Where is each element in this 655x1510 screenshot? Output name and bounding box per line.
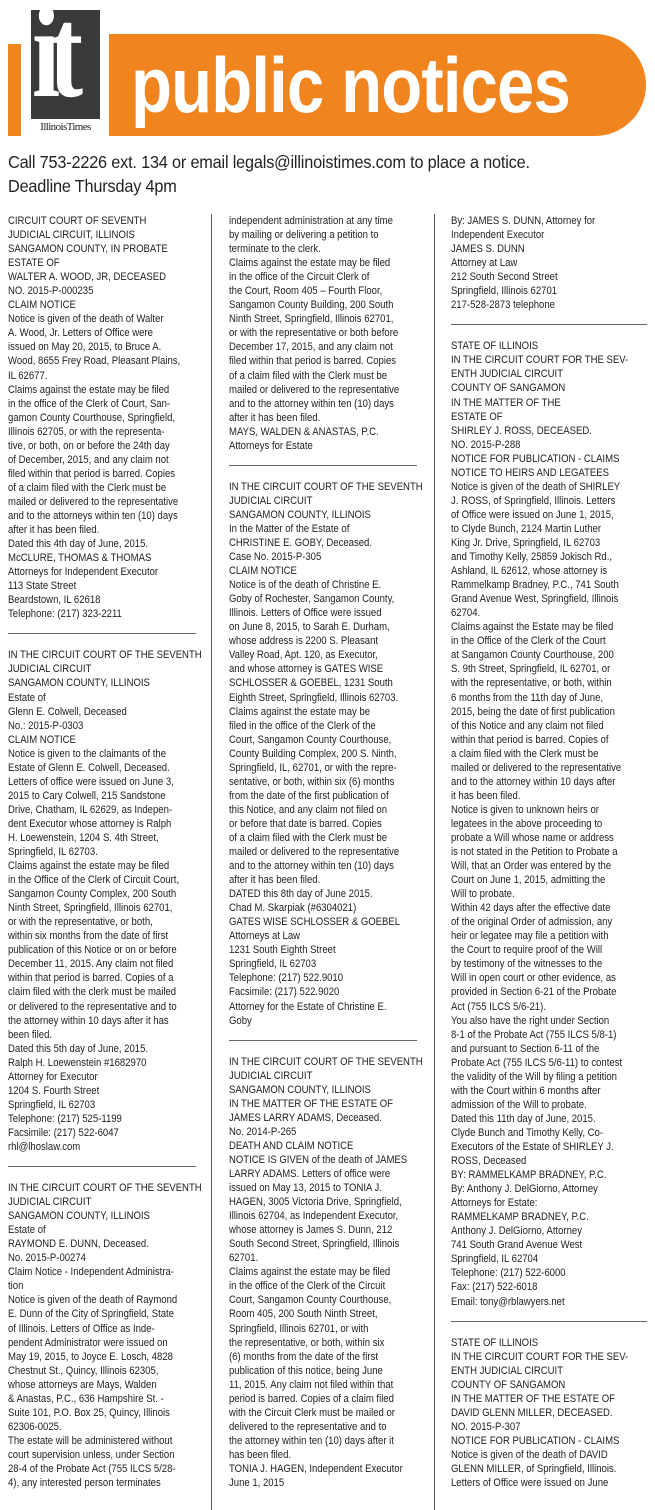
notice-line: 62704. — [451, 606, 632, 620]
notice-line: IN THE CIRCUIT COURT OF THE SEVENTH — [229, 480, 410, 494]
notice-line: S. 9th Street, Springfield, IL 62701, or — [451, 662, 632, 676]
notice-line: admission of the Will to probate. — [451, 1098, 632, 1112]
notice-line: ENTH JUDICIAL CIRCUIT — [451, 367, 632, 381]
notice-line: whose attorney is James S. Dunn, 212 — [229, 1223, 410, 1237]
notice-line: IN THE CIRCUIT COURT FOR THE SEV- — [451, 353, 632, 367]
notice-line: within that period is barred. Copies of — [451, 733, 632, 747]
notice-line: Springfield, Illinois 62701 — [451, 284, 632, 298]
notice-line: mailed or delivered to the representativ… — [8, 495, 189, 509]
legal-notice: IN THE CIRCUIT COURT OF THE SEVENTHJUDIC… — [8, 648, 218, 1154]
notice-line: publication of this notice, being June — [229, 1364, 410, 1378]
notice-line: the representative, or both, within six — [229, 1336, 410, 1350]
notice-line: Dated this 5th day of June, 2015. — [8, 1042, 189, 1056]
notice-line: IL 62677. — [8, 369, 189, 383]
notice-line: May 19, 2015, to Joyce E. Losch, 4828 — [8, 1350, 189, 1364]
notice-line: JAMES S. DUNN — [451, 242, 632, 256]
notice-line: BY: RAMMELKAMP BRADNEY, P.C. — [451, 1168, 632, 1182]
notice-line: Claims against the estate may be filed — [8, 383, 189, 397]
notice-line: County Building Complex, 200 S. Ninth, — [229, 747, 410, 761]
notice-line: Court on June 1, 2015, admitting the — [451, 873, 632, 887]
notice-line: Beardstown, IL 62618 — [8, 593, 189, 607]
notice-line: probate a Will whose name or address — [451, 831, 632, 845]
notice-line: Glenn E. Colwell, Deceased — [8, 705, 189, 719]
notice-line: the attorney within 10 days after it has — [8, 1014, 189, 1028]
notice-line: IN THE MATTER OF THE — [451, 396, 632, 410]
notice-line: DEATH AND CLAIM NOTICE — [229, 1139, 410, 1153]
legal-notice: IN THE CIRCUIT COURT OF THE SEVENTHJUDIC… — [8, 1181, 218, 1490]
page-title: public notices — [131, 40, 570, 130]
notice-line: Estate of — [8, 1223, 189, 1237]
notice-line: SANGAMON COUNTY, IN PROBATE — [8, 242, 189, 256]
notice-line: the Court, Room 405 – Fourth Floor, — [229, 284, 410, 298]
notice-line: Attorney for the Estate of Christine E. — [229, 1000, 410, 1014]
notice-line: the Court to require proof of the Will — [451, 943, 632, 957]
deadline-line: Deadline Thursday 4pm — [8, 174, 603, 198]
notice-line: and whose attorney is GATES WISE — [229, 662, 410, 676]
notice-line: or delivered to the representative and t… — [8, 1000, 189, 1014]
notice-line: Anthony J. DelGiorno, Attorney — [451, 1224, 632, 1238]
notice-line: Attorneys for Independent Executor — [8, 565, 189, 579]
notice-line: GLENN MILLER, of Springfield, Illinois. — [451, 1462, 632, 1476]
column-2: independent administration at any timeby… — [229, 214, 439, 1490]
title-pill: public notices — [109, 34, 646, 136]
notice-line: tion — [8, 1279, 189, 1293]
notice-line: this Notice, and any claim not filed on — [229, 803, 410, 817]
notice-line: NO. 2015-P-307 — [451, 1420, 632, 1434]
notice-line: Notice is given to unknown heirs or — [451, 803, 632, 817]
notice-line: IN THE MATTER OF THE ESTATE OF — [451, 1392, 632, 1406]
notice-line: Suite 101, P.O. Box 25, Quincy, Illinois — [8, 1406, 189, 1420]
notice-line: legatees in the above proceeding to — [451, 817, 632, 831]
notice-line: You also have the right under Section — [451, 1014, 632, 1028]
notice-line: and to the attorney within ten (10) days — [229, 859, 410, 873]
notice-line: with the representative, or both, within — [451, 676, 632, 690]
notice-line: JUDICIAL CIRCUIT — [229, 494, 410, 508]
notice-line: Springfield, IL 62703. — [8, 845, 189, 859]
notice-line: DATED this 8th day of June 2015. — [229, 887, 410, 901]
notice-line: and to the attorney within 10 days after — [451, 775, 632, 789]
legal-notice: CIRCUIT COURT OF SEVENTHJUDICIAL CIRCUIT… — [8, 214, 218, 621]
notice-line: RAMMELKAMP BRADNEY, P.C. — [451, 1210, 632, 1224]
notice-line: GATES WISE SCHLOSSER & GOEBEL — [229, 915, 410, 929]
notice-separator — [451, 1321, 647, 1322]
notice-line: Will, that an Order was entered by the — [451, 859, 632, 873]
notice-line: Telephone: (217) 323-2211 — [8, 607, 189, 621]
notice-line: SANGAMON COUNTY, ILLINOIS — [229, 1083, 410, 1097]
notice-line: with the Circuit Clerk must be mailed or — [229, 1406, 410, 1420]
notice-line: SANGAMON COUNTY, ILLINOIS — [8, 676, 189, 690]
notice-line: Grand Avenue West, Springfield, Illinois — [451, 592, 632, 606]
notice-line: at Sangamon County Courthouse, 200 — [451, 648, 632, 662]
notice-line: 2015, being the date of first publicatio… — [451, 705, 632, 719]
notice-line: Telephone: (217) 522.9010 — [229, 971, 410, 985]
notice-line: 6 months from the 11th day of June, — [451, 691, 632, 705]
notice-line: of this Notice and any claim not filed — [451, 719, 632, 733]
notice-line: By: JAMES S. DUNN, Attorney for — [451, 214, 632, 228]
notice-line: sentative, or both, within six (6) month… — [229, 775, 410, 789]
notice-line: filed within that period is barred. Copi… — [8, 467, 189, 481]
illinois-times-logo: it IllinoisTimes — [31, 10, 100, 136]
notice-line: 212 South Second Street — [451, 270, 632, 284]
notice-line: RAYMOND E. DUNN, Deceased. — [8, 1237, 189, 1251]
notice-line: with the Court within 6 months after — [451, 1084, 632, 1098]
notice-separator — [229, 465, 417, 466]
notice-line: Drive, Chatham, IL 62629, as Indepen- — [8, 803, 189, 817]
notice-line: Claims against the Estate may be filed — [451, 620, 632, 634]
notice-line: Sangamon County Complex, 200 South — [8, 887, 189, 901]
notice-line: of a claim filed with the Clerk must be — [229, 369, 410, 383]
notice-line: Ralph H. Loewenstein #1682970 — [8, 1056, 189, 1070]
notice-line: NOTICE FOR PUBLICATION - CLAIMS — [451, 1434, 632, 1448]
notice-line: June 1, 2015 — [229, 1476, 410, 1490]
notice-line: CLAIM NOTICE — [229, 564, 410, 578]
notice-line: E. Dunn of the City of Springfield, Stat… — [8, 1307, 189, 1321]
notice-line: 4), any interested person terminates — [8, 1476, 189, 1490]
notice-line: Chad M. Skarpiak (#6304021) — [229, 901, 410, 915]
notice-line: after it has been filed. — [229, 873, 410, 887]
notice-line: CLAIM NOTICE — [8, 298, 189, 312]
legal-notice: IN THE CIRCUIT COURT OF THE SEVENTHJUDIC… — [229, 1055, 439, 1490]
notice-line: (6) months from the date of the first — [229, 1350, 410, 1364]
notice-line: whose attorneys are Mays, Walden — [8, 1378, 189, 1392]
legal-notice: By: JAMES S. DUNN, Attorney forIndepende… — [451, 214, 655, 312]
notice-line: in the office of the Clerk of Court, San… — [8, 397, 189, 411]
notice-line: of a claim filed with the Clerk must be — [229, 831, 410, 845]
notice-line: H. Loewenstein, 1204 S. 4th Street, — [8, 831, 189, 845]
notice-line: Telephone: (217) 522-6000 — [451, 1266, 632, 1280]
notice-line: to Clyde Bunch, 2124 Martin Luther — [451, 522, 632, 536]
notice-line: ROSS, Deceased — [451, 1154, 632, 1168]
notice-line: IN THE MATTER OF THE ESTATE OF — [229, 1097, 410, 1111]
notice-line: court supervision unless, under Section — [8, 1448, 189, 1462]
notice-line: of December, 2015, and any claim not — [8, 453, 189, 467]
notice-line: within six months from the date of first — [8, 929, 189, 943]
notice-line: McCLURE, THOMAS & THOMAS — [8, 551, 189, 565]
notice-separator — [8, 1166, 196, 1167]
notice-line: 741 South Grand Avenue West — [451, 1238, 632, 1252]
notice-line: SHIRLEY J. ROSS, DECEASED. — [451, 424, 632, 438]
notice-line: Notice is given of the death of SHIRLEY — [451, 480, 632, 494]
notice-line: NOTICE TO HEIRS AND LEGATEES — [451, 466, 632, 480]
notice-line: Chestnut St., Quincy, Illinois 62305, — [8, 1364, 189, 1378]
notice-line: delivered to the representative and to — [229, 1420, 410, 1434]
notice-line: and Timothy Kelly, 25859 Jokisch Rd., — [451, 550, 632, 564]
notice-line: terminate to the clerk. — [229, 242, 410, 256]
notice-line: J. ROSS, of Springfield, Illinois. Lette… — [451, 494, 632, 508]
notice-line: Eighth Street, Springfield, Illinois 627… — [229, 691, 410, 705]
notice-line: by mailing or delivering a petition to — [229, 228, 410, 242]
notice-line: No. 2014-P-265 — [229, 1125, 410, 1139]
notice-line: Springfield, IL 62703 — [229, 957, 410, 971]
notice-line: STATE OF ILLINOIS — [451, 339, 632, 353]
notice-line: Notice is given of the death of Raymond — [8, 1293, 189, 1307]
notice-line: of Office were issued on June 1, 2015, — [451, 508, 632, 522]
notice-line: Springfield, Illinois 62701, or with — [229, 1322, 410, 1336]
notice-line: South Second Street, Springfield, Illino… — [229, 1237, 410, 1251]
notice-line: Ninth Street, Springfield, Illinois 6270… — [229, 312, 410, 326]
notice-line: provided in Section 6-21 of the Probate — [451, 985, 632, 999]
notice-line: 28-4 of the Probate Act (755 ILCS 5/28- — [8, 1462, 189, 1476]
notice-line: IN THE CIRCUIT COURT FOR THE SEV- — [451, 1350, 632, 1364]
notice-line: ENTH JUDICIAL CIRCUIT — [451, 1364, 632, 1378]
notice-line: Goby — [229, 1014, 410, 1028]
notice-line: and to the attorneys within ten (10) day… — [8, 509, 189, 523]
notice-line: period is barred. Copies of a claim file… — [229, 1392, 410, 1406]
notice-line: Claims against the estate may be — [229, 705, 410, 719]
notice-line: Telephone: (217) 525-1199 — [8, 1112, 189, 1126]
notice-line: 1204 S. Fourth Street — [8, 1084, 189, 1098]
notice-line: is not stated in the Petition to Probate… — [451, 845, 632, 859]
notice-line: Ninth Street, Springfield, Illinois 6270… — [8, 901, 189, 915]
notice-line: the validity of the Will by filing a pet… — [451, 1070, 632, 1084]
notice-line: NO. 2015-P-000235 — [8, 284, 189, 298]
legal-notice: IN THE CIRCUIT COURT OF THE SEVENTHJUDIC… — [229, 480, 439, 1028]
notice-line: heir or legatee may file a petition with — [451, 929, 632, 943]
notice-line: of the original Order of admission, any — [451, 915, 632, 929]
notice-line: Independent Executor — [451, 228, 632, 242]
notice-line: NOTICE FOR PUBLICATION - CLAIMS — [451, 452, 632, 466]
notice-line: Notice is given to the claimants of the — [8, 747, 189, 761]
notice-line: a claim filed with the Clerk must be — [451, 747, 632, 761]
notice-line: Case No. 2015-P-305 — [229, 550, 410, 564]
notice-line: Dated this 11th day of June, 2015. — [451, 1112, 632, 1126]
notice-line: HAGEN, 3005 Victoria Drive, Springfield, — [229, 1195, 410, 1209]
notice-line: MAYS, WALDEN & ANASTAS, P.C. — [229, 425, 410, 439]
notice-line: mailed or delivered to the representativ… — [229, 845, 410, 859]
notice-line: TONIA J. HAGEN, Independent Executor — [229, 1462, 410, 1476]
notice-line: or before that date is barred. Copies — [229, 817, 410, 831]
notice-line: Estate of Glenn E. Colwell, Deceased. — [8, 761, 189, 775]
notice-line: it has been filed. — [451, 789, 632, 803]
notice-line: Claims against the estate may be filed — [8, 859, 189, 873]
notice-line: SCHLOSSER & GOEBEL, 1231 South — [229, 676, 410, 690]
notice-line: King Jr. Drive, Springfield, IL 62703 — [451, 536, 632, 550]
column-3: By: JAMES S. DUNN, Attorney forIndepende… — [451, 214, 655, 1490]
notice-line: 217-528-2873 telephone — [451, 298, 632, 312]
notice-separator — [8, 633, 196, 634]
notice-line: Sangamon County Building, 200 South — [229, 298, 410, 312]
notice-line: IN THE CIRCUIT COURT OF THE SEVENTH — [229, 1055, 410, 1069]
notice-line: STATE OF ILLINOIS — [451, 1336, 632, 1350]
notice-line: in the office of the Circuit Clerk of — [229, 270, 410, 284]
contact-line: Call 753-2226 ext. 134 or email legals@i… — [8, 150, 603, 174]
notice-line: Claims against the estate may be filed — [229, 256, 410, 270]
notice-line: mailed or delivered to the representativ… — [229, 383, 410, 397]
notice-line: Letters of Office were issued on June — [451, 1476, 632, 1490]
notice-line: Letters of office were issued on June 3, — [8, 775, 189, 789]
notice-line: WALTER A. WOOD, JR, DECEASED — [8, 270, 189, 284]
notice-line: Attorneys at Law — [229, 929, 410, 943]
accent-bar — [8, 44, 21, 136]
notice-line: December 11, 2015. Any claim not filed — [8, 957, 189, 971]
notice-line: Rammelkamp Bradney, P.C., 741 South — [451, 578, 632, 592]
notice-line: Claims against the estate may be filed — [229, 1265, 410, 1279]
notice-line: rhl@lhoslaw.com — [8, 1140, 189, 1154]
legal-notice: STATE OF ILLINOISIN THE CIRCUIT COURT FO… — [451, 339, 655, 1308]
notice-line: DAVID GLENN MILLER, DECEASED. — [451, 1406, 632, 1420]
header-banner: it IllinoisTimes public notices — [0, 0, 655, 145]
notice-line: Attorney for Executor — [8, 1070, 189, 1084]
notice-line: & Anastas, P.C., 636 Hampshire St. - — [8, 1392, 189, 1406]
notice-line: Court, Sangamon County Courthouse, — [229, 1293, 410, 1307]
notice-line: on June 8, 2015, to Sarah E. Durham, — [229, 620, 410, 634]
notice-line: No.: 2015-P-0303 — [8, 719, 189, 733]
notice-line: 113 State Street — [8, 579, 189, 593]
notice-line: or with the representative, or both, — [8, 915, 189, 929]
notice-line: by testimony of the witnesses to the — [451, 957, 632, 971]
notice-line: IN THE CIRCUIT COURT OF THE SEVENTH — [8, 648, 189, 662]
notice-line: Notice is given of the death of DAVID — [451, 1448, 632, 1462]
notice-line: filed within that period is barred. Copi… — [229, 354, 410, 368]
notice-line: Fax: (217) 522-6018 — [451, 1280, 632, 1294]
notice-line: ESTATE OF — [451, 410, 632, 424]
notice-line: COUNTY OF SANGAMON — [451, 381, 632, 395]
notice-line: Attorney at Law — [451, 256, 632, 270]
notice-line: Illinois 62704, as Independent Executor, — [229, 1209, 410, 1223]
notice-line: gamon County Courthouse, Springfield, — [8, 411, 189, 425]
notice-line: 62701. — [229, 1251, 410, 1265]
notice-separator — [229, 1040, 417, 1041]
logo-wordmark: IllinoisTimes — [31, 119, 100, 136]
notice-line: CHRISTINE E. GOBY, Deceased. — [229, 536, 410, 550]
notice-line: JUDICIAL CIRCUIT — [229, 1069, 410, 1083]
notice-line: December 17, 2015, and any claim not — [229, 340, 410, 354]
notice-line: independent administration at any time — [229, 214, 410, 228]
notice-line: Attorneys for Estate: — [451, 1196, 632, 1210]
notice-line: Will in open court or other evidence, as — [451, 971, 632, 985]
notice-separator — [451, 324, 647, 325]
notice-line: of a claim filed with the Clerk must be — [8, 481, 189, 495]
notice-line: 8-1 of the Probate Act (755 ILCS 5/8-1) — [451, 1028, 632, 1042]
notice-line: CLAIM NOTICE — [8, 733, 189, 747]
notice-line: Wood, 8655 Frey Road, Pleasant Plains, — [8, 354, 189, 368]
notice-line: 1231 South Eighth Street — [229, 943, 410, 957]
notice-line: dent Executor whose attorney is Ralph — [8, 817, 189, 831]
notice-line: in the Office of the Clerk of the Court — [451, 634, 632, 648]
notice-line: Room 405, 200 South Ninth Street, — [229, 1307, 410, 1321]
notice-line: the attorney within ten (10) days after … — [229, 1434, 410, 1448]
notice-line: The estate will be administered without — [8, 1434, 189, 1448]
notice-line: Attorneys for Estate — [229, 439, 410, 453]
notice-line: Valley Road, Apt. 120, as Executor, — [229, 648, 410, 662]
notice-line: pendent Administrator were issued on — [8, 1336, 189, 1350]
notice-line: Facsimile: (217) 522.9020 — [229, 985, 410, 999]
notice-line: JUDICIAL CIRCUIT — [8, 1195, 189, 1209]
notice-line: Dated this 4th day of June, 2015. — [8, 537, 189, 551]
notice-line: Facsimile: (217) 522-6047 — [8, 1126, 189, 1140]
notice-line: Illinois 62705, or with the representa- — [8, 425, 189, 439]
notice-line: 11, 2015. Any claim not filed within tha… — [229, 1378, 410, 1392]
notice-line: mailed or delivered to the representativ… — [451, 761, 632, 775]
notice-line: filed in the office of the Clerk of the — [229, 719, 410, 733]
notice-line: No. 2015-P-00274 — [8, 1251, 189, 1265]
notice-line: in the Office of the Clerk of Circuit Co… — [8, 873, 189, 887]
notice-line: Will to probate. — [451, 887, 632, 901]
notice-line: issued on May 20, 2015, to Bruce A. — [8, 340, 189, 354]
logo-letters: it — [32, 10, 72, 118]
notice-line: from the date of the first publication o… — [229, 789, 410, 803]
notice-line: of Illinois. Letters of Office as Inde- — [8, 1322, 189, 1336]
notice-line: Clyde Bunch and Timothy Kelly, Co- — [451, 1126, 632, 1140]
notice-line: Within 42 days after the effective date — [451, 901, 632, 915]
notice-line: In the Matter of the Estate of — [229, 522, 410, 536]
notice-line: tive, or both, on or before the 24th day — [8, 439, 189, 453]
notice-line: LARRY ADAMS. Letters of office were — [229, 1167, 410, 1181]
notice-line: SANGAMON COUNTY, ILLINOIS — [229, 508, 410, 522]
notice-line: Springfield, IL, 62701, or with the repr… — [229, 761, 410, 775]
column-1: CIRCUIT COURT OF SEVENTHJUDICIAL CIRCUIT… — [8, 214, 218, 1490]
notice-line: Ashland, IL 62612, whose attorney is — [451, 564, 632, 578]
notice-line: JUDICIAL CIRCUIT, ILLINOIS — [8, 228, 189, 242]
notice-line: Notice is given of the death of Walter — [8, 312, 189, 326]
legal-notice: STATE OF ILLINOISIN THE CIRCUIT COURT FO… — [451, 1336, 655, 1491]
contact-info: Call 753-2226 ext. 134 or email legals@i… — [8, 150, 648, 198]
notice-line: has been filed. — [229, 1448, 410, 1462]
notice-line: JUDICIAL CIRCUIT — [8, 662, 189, 676]
notice-line: SANGAMON COUNTY, ILLINOIS — [8, 1209, 189, 1223]
notice-line: A. Wood, Jr. Letters of Office were — [8, 326, 189, 340]
notice-line: Illinois. Letters of Office were issued — [229, 606, 410, 620]
notice-line: NOTICE IS GIVEN of the death of JAMES — [229, 1153, 410, 1167]
notice-line: Springfield, IL 62704 — [451, 1252, 632, 1266]
notice-line: 2015 to Cary Colwell, 215 Sandstone — [8, 789, 189, 803]
notice-line: JAMES LARRY ADAMS, Deceased. — [229, 1111, 410, 1125]
notice-line: in the office of the Clerk of the Circui… — [229, 1279, 410, 1293]
notice-line: within that period is barred. Copies of … — [8, 971, 189, 985]
notice-line: Goby of Rochester, Sangamon County, — [229, 592, 410, 606]
notice-line: Springfield, IL 62703 — [8, 1098, 189, 1112]
legal-notice: independent administration at any timeby… — [229, 214, 439, 453]
notice-line: Act (755 ILCS 5/6-21). — [451, 1000, 632, 1014]
notice-line: Notice is of the death of Christine E. — [229, 578, 410, 592]
notice-line: CIRCUIT COURT OF SEVENTH — [8, 214, 189, 228]
notice-line: issued on May 13, 2015 to TONIA J. — [229, 1181, 410, 1195]
notice-line: and to the attorney within ten (10) days — [229, 397, 410, 411]
notice-line: and pursuant to Section 6-11 of the — [451, 1042, 632, 1056]
notice-line: claim filed with the clerk must be maile… — [8, 985, 189, 999]
notice-line: after it has been filed. — [8, 523, 189, 537]
notice-line: whose address is 2200 S. Pleasant — [229, 634, 410, 648]
notice-line: Claim Notice - Independent Administra- — [8, 1265, 189, 1279]
notice-line: IN THE CIRCUIT COURT OF THE SEVENTH — [8, 1181, 189, 1195]
notice-line: 62306-0025. — [8, 1420, 189, 1434]
notice-line: By: Anthony J. DelGiorno, Attorney — [451, 1182, 632, 1196]
notice-line: Email: tony@rblawyers.net — [451, 1295, 632, 1309]
notice-line: publication of this Notice or on or befo… — [8, 943, 189, 957]
notice-line: ESTATE OF — [8, 256, 189, 270]
notice-line: Executors of the Estate of SHIRLEY J. — [451, 1140, 632, 1154]
notice-line: NO. 2015-P-288 — [451, 438, 632, 452]
notice-line: Estate of — [8, 691, 189, 705]
notice-line: after it has been filed. — [229, 411, 410, 425]
notice-line: or with the representative or both befor… — [229, 326, 410, 340]
notice-line: been filed. — [8, 1028, 189, 1042]
notice-line: COUNTY OF SANGAMON — [451, 1378, 632, 1392]
notice-line: Probate Act (755 ILCS 5/6-11) to contest — [451, 1056, 632, 1070]
notice-line: Court, Sangamon County Courthouse, — [229, 733, 410, 747]
